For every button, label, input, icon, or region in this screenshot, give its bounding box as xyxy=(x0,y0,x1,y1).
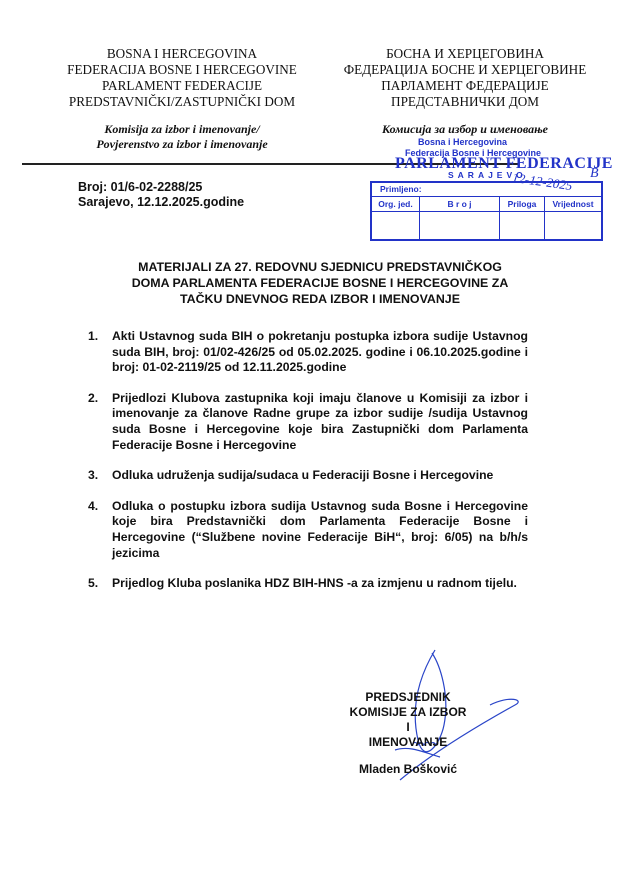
item-text: Prijedlog Kluba poslanika HDZ BIH-HNS -a… xyxy=(112,576,528,592)
list-item: 2. Prijedlozi Klubova zastupnika koji im… xyxy=(88,391,528,453)
materials-list: 1. Akti Ustavnog suda BIH o pokretanju p… xyxy=(88,329,528,607)
item-text: Prijedlozi Klubova zastupnika koji imaju… xyxy=(112,391,528,453)
signature-title-2: KOMISIJE ZA IZBOR I xyxy=(348,705,468,735)
stamp-received-date: 12-12-2025 xyxy=(511,171,573,192)
header-parliament: PARLAMENT FEDERACIJE xyxy=(62,78,302,94)
signatory-name: Mladen Bošković xyxy=(348,762,468,777)
reference-number: Broj: 01/6-02-2288/25 xyxy=(78,180,244,195)
reference-place-date: Sarajevo, 12.12.2025.godine xyxy=(78,195,244,210)
header-committee-1: Komisija za izbor i imenovanje/ xyxy=(62,122,302,137)
stamp-col-org: Org. jed. xyxy=(372,197,419,212)
item-text: Akti Ustavnog suda BIH o pokretanju post… xyxy=(112,329,528,376)
list-item: 4. Odluka o postupku izbora sudija Ustav… xyxy=(88,499,528,561)
item-number: 4. xyxy=(88,499,112,561)
stamp-country: Bosna i Hercegovina xyxy=(418,137,507,147)
list-item: 3. Odluka udruženja sudija/sudaca u Fede… xyxy=(88,468,528,484)
reference-block: Broj: 01/6-02-2288/25 Sarajevo, 12.12.20… xyxy=(78,180,244,210)
header-federation-cyrillic: ФЕДЕРАЦИЈА БОСНЕ И ХЕРЦЕГОВИНЕ xyxy=(325,62,605,78)
list-item: 5. Prijedlog Kluba poslanika HDZ BIH-HNS… xyxy=(88,576,528,592)
header-committee-2: Povjerenstvo za izbor i imenovanje xyxy=(62,137,302,152)
reception-stamp: Primljeno: 12-12-2025 Org. jed. B r o j … xyxy=(370,181,603,241)
stamp-col-value: Vrijednost xyxy=(545,197,601,212)
title-line-1: MATERIJALI ZA 27. REDOVNU SJEDNICU PREDS… xyxy=(100,259,540,275)
header-house-cyrillic: ПРЕДСТАВНИЧКИ ДОМ xyxy=(325,94,605,110)
header-house: PREDSTAVNIČKI/ZASTUPNIČKI DOM xyxy=(62,94,302,110)
title-line-3: TAČKU DNEVNOG REDA IZBOR I IMENOVANJE xyxy=(100,291,540,307)
stamp-received-label: Primljeno: xyxy=(380,184,422,194)
item-number: 5. xyxy=(88,576,112,592)
signature-title-3: IMENOVANJE xyxy=(348,735,468,750)
signature-title-1: PREDSJEDNIK xyxy=(348,690,468,705)
item-number: 2. xyxy=(88,391,112,453)
header-committee-cyrillic: Комисија за избор и именовање xyxy=(325,122,605,137)
document-title: MATERIJALI ZA 27. REDOVNU SJEDNICU PREDS… xyxy=(100,259,540,307)
signature-block: PREDSJEDNIK KOMISIJE ZA IZBOR I IMENOVAN… xyxy=(348,690,468,777)
header-right: БОСНА И ХЕРЦЕГОВИНА ФЕДЕРАЦИЈА БОСНЕ И Х… xyxy=(325,46,605,137)
header-country: BOSNA I HERCEGOVINA xyxy=(62,46,302,62)
item-text: Odluka udruženja sudija/sudaca u Federac… xyxy=(112,468,528,484)
title-line-2: DOMA PARLAMENTA FEDERACIJE BOSNE I HERCE… xyxy=(100,275,540,291)
header-country-cyrillic: БОСНА И ХЕРЦЕГОВИНА xyxy=(325,46,605,62)
stamp-col-number: B r o j xyxy=(420,197,499,212)
stamp-handwritten-mark: B xyxy=(590,166,599,182)
header-left: BOSNA I HERCEGOVINA FEDERACIJA BOSNE I H… xyxy=(62,46,302,152)
stamp-col-attachments: Priloga xyxy=(500,197,544,212)
item-text: Odluka o postupku izbora sudija Ustavnog… xyxy=(112,499,528,561)
item-number: 1. xyxy=(88,329,112,376)
header-federation: FEDERACIJA BOSNE I HERCEGOVINE xyxy=(62,62,302,78)
item-number: 3. xyxy=(88,468,112,484)
list-item: 1. Akti Ustavnog suda BIH o pokretanju p… xyxy=(88,329,528,376)
header-parliament-cyrillic: ПАРЛАМЕНТ ФЕДЕРАЦИЈЕ xyxy=(325,78,605,94)
